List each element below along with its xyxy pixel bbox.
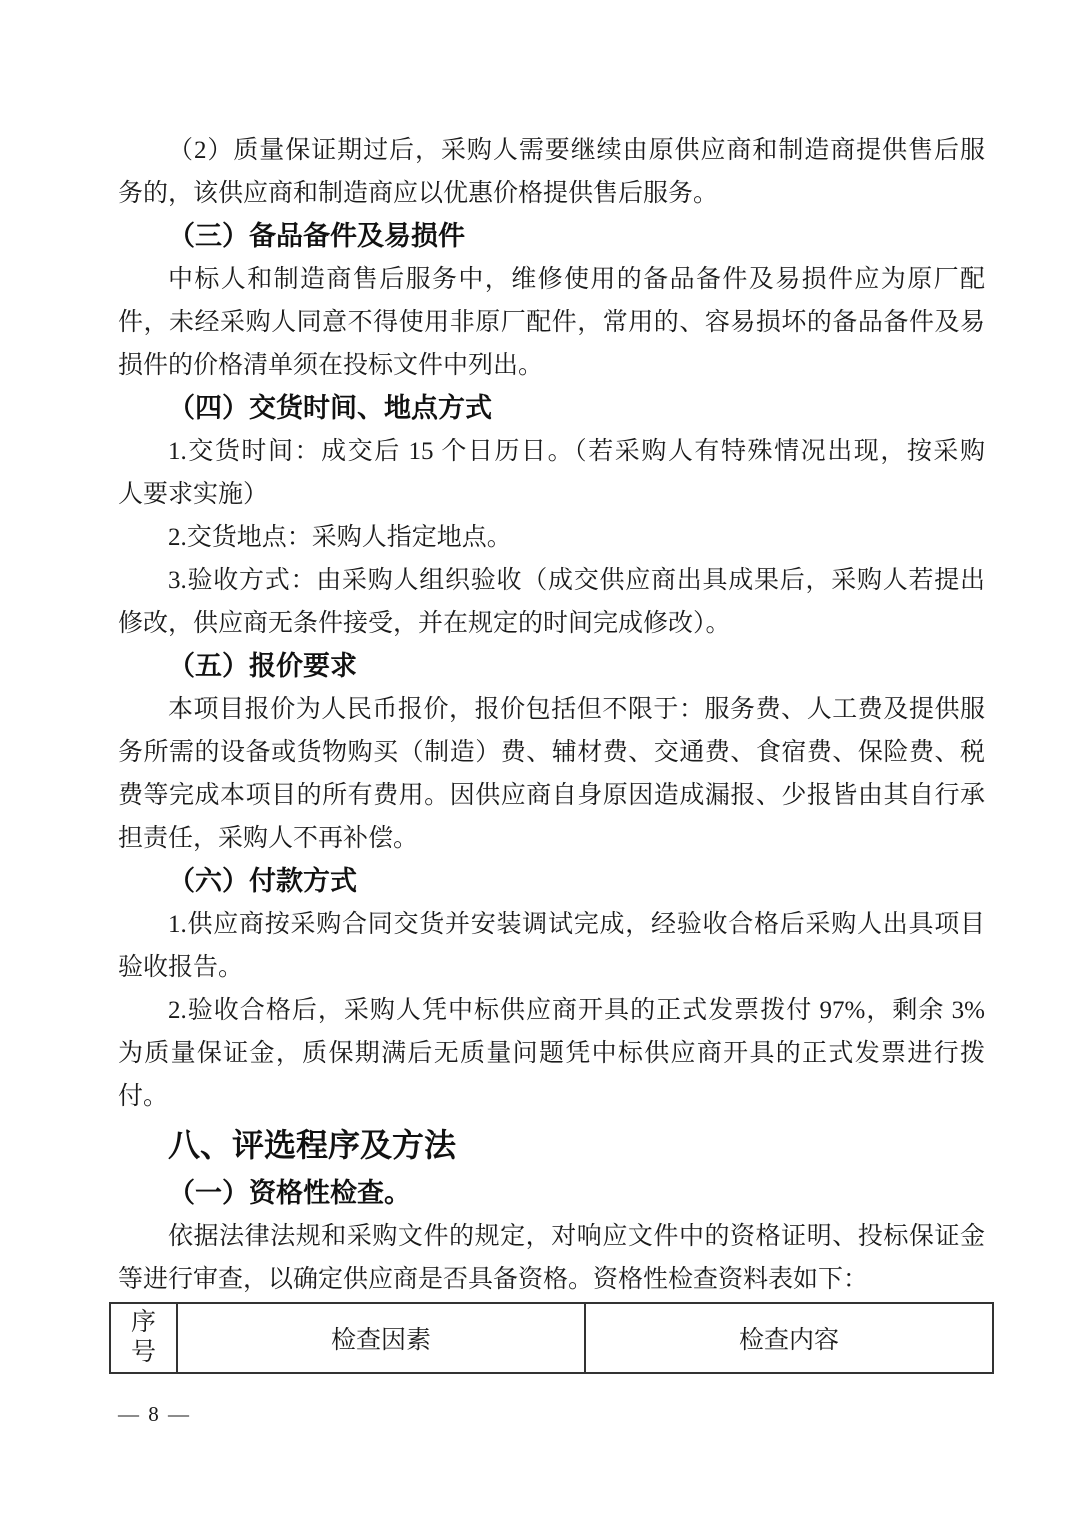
para-quotation-line4: 担责任，采购人不再补偿。 [118, 817, 985, 860]
para-delivery-time-line1: 1.交货时间：成交后 15 个日历日。（若采购人有特殊情况出现，按采购 [118, 430, 985, 473]
para-warranty-after-line1: （2）质量保证期过后，采购人需要继续由原供应商和制造商提供售后服 [118, 129, 985, 172]
page-number: — 8 — [118, 1402, 191, 1427]
section-heading-payment: （六）付款方式 [118, 860, 985, 903]
para-qualification-line2: 等进行审查，以确定供应商是否具备资格。资格性检查资料表如下： [118, 1258, 985, 1301]
para-spare-parts-line3: 损件的价格清单须在投标文件中列出。 [118, 344, 985, 387]
document-page: （2）质量保证期过后，采购人需要继续由原供应商和制造商提供售后服 务的，该供应商… [0, 0, 1074, 1520]
section-heading-delivery: （四）交货时间、地点方式 [118, 387, 985, 430]
table-header-content: 检查内容 [585, 1303, 993, 1373]
para-payment1-line2: 验收报告。 [118, 946, 985, 989]
chapter-heading-evaluation: 八、评选程序及方法 [118, 1118, 985, 1172]
table-header-factor: 检查因素 [177, 1303, 585, 1373]
para-quotation-line3: 费等完成本项目的所有费用。因供应商自身原因造成漏报、少报皆由其自行承 [118, 774, 985, 817]
para-spare-parts-line1: 中标人和制造商售后服务中，维修使用的备品备件及易损件应为原厂配 [118, 258, 985, 301]
table-header-row: 序 号 检查因素 检查内容 [110, 1303, 993, 1373]
para-delivery-place: 2.交货地点：采购人指定地点。 [118, 516, 985, 559]
para-payment2-line2: 为质量保证金，质保期满后无质量问题凭中标供应商开具的正式发票进行拨 [118, 1032, 985, 1075]
para-qualification-line1: 依据法律法规和采购文件的规定，对响应文件中的资格证明、投标保证金 [118, 1215, 985, 1258]
table-header-seq: 序 号 [110, 1303, 177, 1373]
para-acceptance-line1: 3.验收方式：由采购人组织验收（成交供应商出具成果后，采购人若提出 [118, 559, 985, 602]
para-spare-parts-line2: 件，未经采购人同意不得使用非原厂配件，常用的、容易损坏的备品备件及易 [118, 301, 985, 344]
qualification-check-table: 序 号 检查因素 检查内容 [109, 1302, 994, 1374]
para-payment1-line1: 1.供应商按采购合同交货并安装调试完成，经验收合格后采购人出具项目 [118, 903, 985, 946]
document-body: （2）质量保证期过后，采购人需要继续由原供应商和制造商提供售后服 务的，该供应商… [118, 129, 985, 1301]
section-heading-quotation: （五）报价要求 [118, 645, 985, 688]
section-heading-spare-parts: （三）备品备件及易损件 [118, 215, 985, 258]
para-warranty-after-line2: 务的，该供应商和制造商应以优惠价格提供售后服务。 [118, 172, 985, 215]
section-heading-qualification: （一）资格性检查。 [118, 1172, 985, 1215]
para-acceptance-line2: 修改，供应商无条件接受，并在规定的时间完成修改）。 [118, 602, 985, 645]
para-payment2-line3: 付。 [118, 1075, 985, 1118]
para-quotation-line2: 务所需的设备或货物购买（制造）费、辅材费、交通费、食宿费、保险费、税 [118, 731, 985, 774]
para-payment2-line1: 2.验收合格后，采购人凭中标供应商开具的正式发票拨付 97%，剩余 3% [118, 989, 985, 1032]
para-delivery-time-line2: 人要求实施） [118, 473, 985, 516]
para-quotation-line1: 本项目报价为人民币报价，报价包括但不限于：服务费、人工费及提供服 [118, 688, 985, 731]
